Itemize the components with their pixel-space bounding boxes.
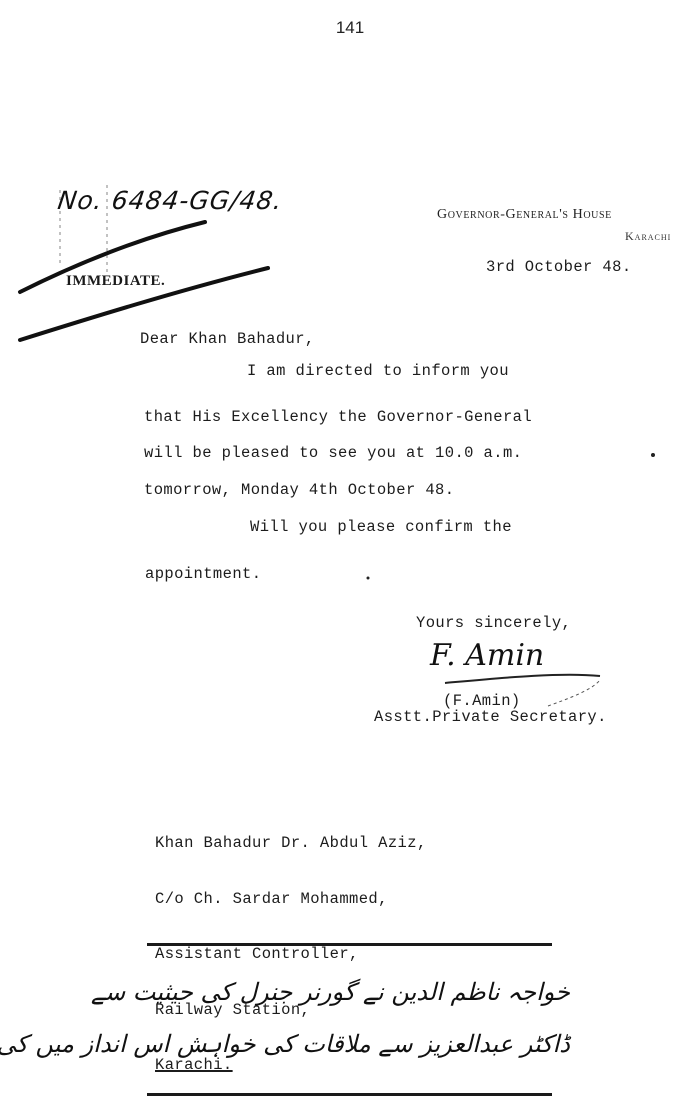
letter-date: 3rd October 48. [486,258,632,276]
closing: Yours sincerely, [416,614,571,632]
address-line: C/o Ch. Sardar Mohammed, [155,890,427,909]
signature: F. Amin [430,638,544,673]
page-number: 141 [0,18,700,38]
salutation: Dear Khan Bahadur, [140,330,315,348]
body-line: Will you please confirm the [250,518,512,536]
reference-number: No. 6484-GG/48. [56,186,285,215]
letterhead-city: Karachi [625,229,671,244]
address-line: Khan Bahadur Dr. Abdul Aziz, [155,834,427,853]
body-line: I am directed to inform you [247,362,509,380]
priority-label: IMMEDIATE. [66,273,165,290]
address-city: Karachi. [155,1056,427,1075]
body-line: that His Excellency the Governor-General [144,408,532,426]
letterhead-house: Governor-General's House [437,207,612,223]
urdu-caption-line-2: ڈاکٹر عبدالعزیز سے ملاقات کی خواہش اس ان… [130,1030,570,1058]
body-line: will be pleased to see you at 10.0 a.m. [144,444,522,462]
caption-top-rule [147,943,552,946]
address-line: Assistant Controller, [155,945,427,964]
body-line: tomorrow, Monday 4th October 48. [144,481,454,499]
signatory-title: Asstt.Private Secretary. [374,708,607,726]
urdu-caption-line-1: خواجہ ناظم الدین نے گورنر جنرل کی حیثیت … [130,978,570,1006]
body-line: appointment. [145,565,261,583]
caption-bottom-rule [147,1093,552,1096]
